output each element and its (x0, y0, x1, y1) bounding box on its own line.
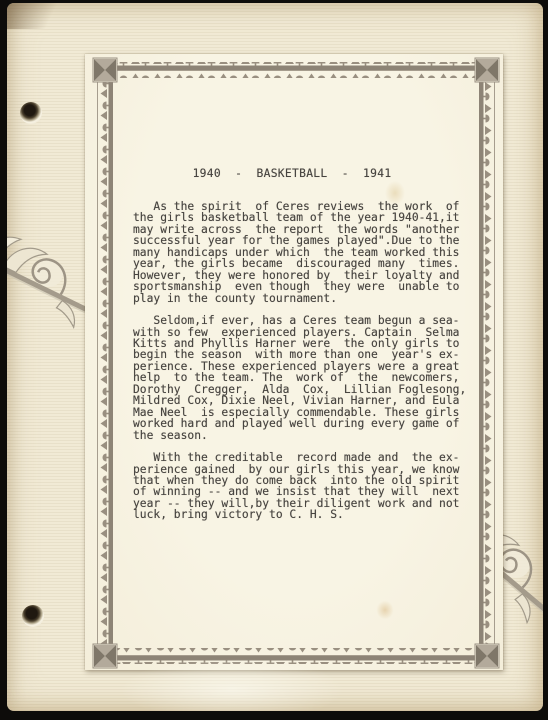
album-page: 1940 - BASKETBALL - 1941 As the spirit o… (7, 3, 543, 711)
border-corner-top-left (93, 58, 117, 82)
report-paragraph-1: As the spirit of Ceres reviews the work … (133, 201, 471, 304)
border-corner-bottom-right (475, 644, 499, 668)
report-paragraph-2: Seldom,if ever, has a Ceres team begun a… (133, 315, 471, 441)
report-title: 1940 - BASKETBALL - 1941 (113, 168, 471, 180)
report-paragraph-3: With the creditable record made and the … (133, 452, 471, 521)
scanned-scrapbook-photo: 1940 - BASKETBALL - 1941 As the spirit o… (0, 0, 548, 720)
punch-hole-bottom (22, 605, 44, 627)
border-corner-bottom-left (93, 644, 117, 668)
pasted-report-page: 1940 - BASKETBALL - 1941 As the spirit o… (85, 54, 503, 670)
album-corner-shadow (7, 3, 87, 29)
report-text-block: 1940 - BASKETBALL - 1941 As the spirit o… (133, 168, 471, 532)
border-corner-top-right (475, 58, 499, 82)
punch-hole-top (20, 102, 42, 124)
